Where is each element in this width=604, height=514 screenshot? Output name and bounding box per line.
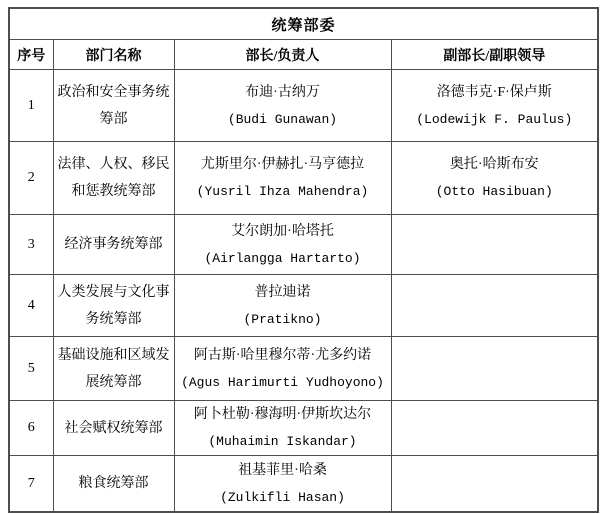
minister-name-cn: 尤斯里尔·伊赫扎·马亨德拉 bbox=[175, 151, 391, 178]
deputy-cell bbox=[391, 456, 598, 513]
deputy-name-cn: 洛德韦克·F·保卢斯 bbox=[392, 79, 598, 106]
department-name: 人类发展与文化事务统筹部 bbox=[54, 279, 174, 333]
table-row: 3 经济事务统筹部 艾尔朗加·哈塔托 (Airlangga Hartarto) bbox=[9, 215, 598, 275]
minister-name-cn: 阿卜杜勒·穆海明·伊斯坎达尔 bbox=[175, 401, 391, 428]
department-name: 粮食统筹部 bbox=[54, 470, 174, 497]
minister-name-en: (Muhaimin Iskandar) bbox=[175, 428, 391, 455]
minister-cell: 阿卜杜勒·穆海明·伊斯坎达尔 (Muhaimin Iskandar) bbox=[174, 401, 391, 456]
minister-name-cn: 普拉迪诺 bbox=[175, 279, 391, 306]
minister-name-en: (Budi Gunawan) bbox=[175, 106, 391, 133]
row-number-cell: 3 bbox=[9, 215, 53, 275]
deputy-cell bbox=[391, 401, 598, 456]
row-number-cell: 6 bbox=[9, 401, 53, 456]
col-header-department: 部门名称 bbox=[53, 40, 174, 70]
department-name-cell: 粮食统筹部 bbox=[53, 456, 174, 513]
table-header-row: 序号 部门名称 部长/负责人 副部长/副职领导 bbox=[9, 40, 598, 70]
table-row: 2 法律、人权、移民和惩教统筹部 尤斯里尔·伊赫扎·马亨德拉 (Yusril I… bbox=[9, 142, 598, 215]
minister-cell: 艾尔朗加·哈塔托 (Airlangga Hartarto) bbox=[174, 215, 391, 275]
department-name: 社会赋权统筹部 bbox=[54, 415, 174, 442]
department-name-cell: 社会赋权统筹部 bbox=[53, 401, 174, 456]
row-number-cell: 1 bbox=[9, 70, 53, 142]
minister-cell: 尤斯里尔·伊赫扎·马亨德拉 (Yusril Ihza Mahendra) bbox=[174, 142, 391, 215]
deputy-cell: 奥托·哈斯布安 (Otto Hasibuan) bbox=[391, 142, 598, 215]
minister-name-en: (Airlangga Hartarto) bbox=[175, 245, 391, 272]
department-name-cell: 经济事务统筹部 bbox=[53, 215, 174, 275]
col-header-no: 序号 bbox=[9, 40, 53, 70]
minister-cell: 普拉迪诺 (Pratikno) bbox=[174, 275, 391, 337]
department-name-cell: 政治和安全事务统筹部 bbox=[53, 70, 174, 142]
minister-name-cn: 祖基菲里·哈桑 bbox=[175, 457, 391, 484]
table-row: 4 人类发展与文化事务统筹部 普拉迪诺 (Pratikno) bbox=[9, 275, 598, 337]
table-title-row: 统筹部委 bbox=[9, 8, 598, 40]
page: 统筹部委 序号 部门名称 部长/负责人 副部长/副职领导 1 政治和安全事务统筹… bbox=[0, 0, 604, 514]
deputy-cell bbox=[391, 337, 598, 401]
minister-cell: 祖基菲里·哈桑 (Zulkifli Hasan) bbox=[174, 456, 391, 513]
row-number-cell: 2 bbox=[9, 142, 53, 215]
department-name: 经济事务统筹部 bbox=[54, 231, 174, 258]
minister-name-en: (Agus Harimurti Yudhoyono) bbox=[175, 369, 391, 396]
table-row: 5 基础设施和区域发展统筹部 阿古斯·哈里穆尔蒂·尤多约诺 (Agus Hari… bbox=[9, 337, 598, 401]
row-number-cell: 7 bbox=[9, 456, 53, 513]
minister-name-en: (Yusril Ihza Mahendra) bbox=[175, 178, 391, 205]
minister-name-en: (Pratikno) bbox=[175, 306, 391, 333]
minister-name-cn: 阿古斯·哈里穆尔蒂·尤多约诺 bbox=[175, 342, 391, 369]
department-name-cell: 法律、人权、移民和惩教统筹部 bbox=[53, 142, 174, 215]
table-title: 统筹部委 bbox=[9, 8, 598, 40]
minister-name-en: (Zulkifli Hasan) bbox=[175, 484, 391, 511]
deputy-name-cn: 奥托·哈斯布安 bbox=[392, 151, 598, 178]
minister-name-cn: 布迪·古纳万 bbox=[175, 79, 391, 106]
department-name-cell: 基础设施和区域发展统筹部 bbox=[53, 337, 174, 401]
coordinating-ministries-table: 统筹部委 序号 部门名称 部长/负责人 副部长/副职领导 1 政治和安全事务统筹… bbox=[8, 7, 599, 513]
row-number-cell: 5 bbox=[9, 337, 53, 401]
deputy-name-en: (Lodewijk F. Paulus) bbox=[392, 106, 598, 133]
row-number-cell: 4 bbox=[9, 275, 53, 337]
table-row: 7 粮食统筹部 祖基菲里·哈桑 (Zulkifli Hasan) bbox=[9, 456, 598, 513]
minister-name-cn: 艾尔朗加·哈塔托 bbox=[175, 218, 391, 245]
minister-cell: 布迪·古纳万 (Budi Gunawan) bbox=[174, 70, 391, 142]
table-row: 1 政治和安全事务统筹部 布迪·古纳万 (Budi Gunawan) 洛德韦克·… bbox=[9, 70, 598, 142]
minister-cell: 阿古斯·哈里穆尔蒂·尤多约诺 (Agus Harimurti Yudhoyono… bbox=[174, 337, 391, 401]
department-name-cell: 人类发展与文化事务统筹部 bbox=[53, 275, 174, 337]
table-row: 6 社会赋权统筹部 阿卜杜勒·穆海明·伊斯坎达尔 (Muhaimin Iskan… bbox=[9, 401, 598, 456]
deputy-cell: 洛德韦克·F·保卢斯 (Lodewijk F. Paulus) bbox=[391, 70, 598, 142]
deputy-name-en: (Otto Hasibuan) bbox=[392, 178, 598, 205]
col-header-minister: 部长/负责人 bbox=[174, 40, 391, 70]
col-header-deputy: 副部长/副职领导 bbox=[391, 40, 598, 70]
deputy-cell bbox=[391, 275, 598, 337]
deputy-cell bbox=[391, 215, 598, 275]
department-name: 政治和安全事务统筹部 bbox=[54, 79, 174, 133]
department-name: 法律、人权、移民和惩教统筹部 bbox=[54, 151, 174, 205]
department-name: 基础设施和区域发展统筹部 bbox=[54, 342, 174, 396]
